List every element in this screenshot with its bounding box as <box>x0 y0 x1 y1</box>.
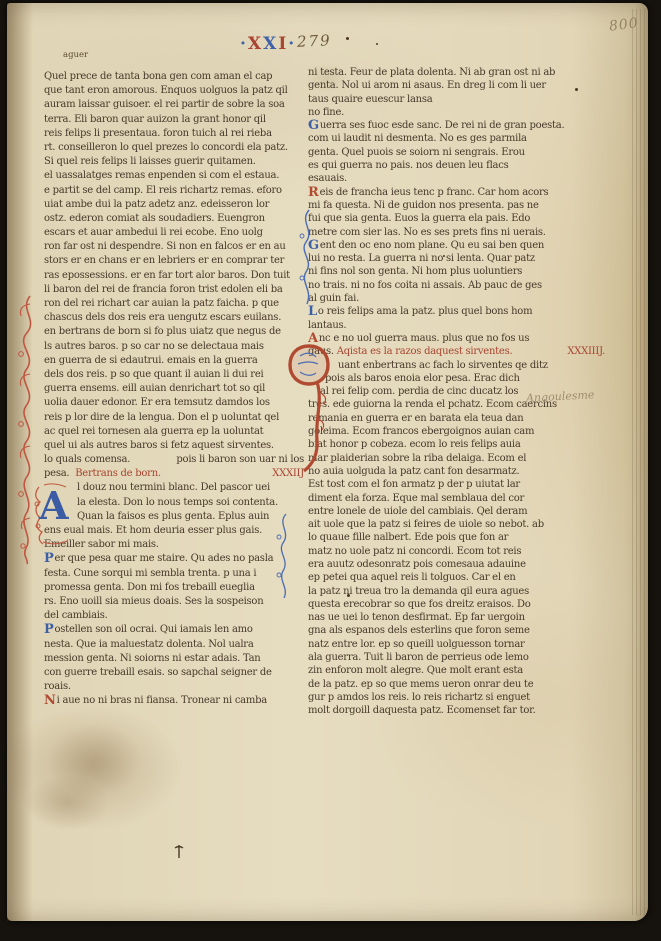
text-line: ls autres baros. p so car no se delectau… <box>44 340 304 354</box>
text-line: Est tost com el fon armatz p der p uiuta… <box>308 478 605 491</box>
text-line: metre com sier las. No es ses prets fins… <box>308 226 605 239</box>
text-line: al guin fai. <box>308 292 605 305</box>
text-line: ait uole que la patz si feires de uiole … <box>308 518 605 531</box>
drop-cap-a: A <box>39 486 68 526</box>
chapter-numeral: ·XXI· <box>240 34 296 54</box>
text-line: remania en guerra er en barata ela teua … <box>308 412 605 425</box>
text-line: Emeiller sabor mi mais. <box>44 538 304 552</box>
text-line: Quan la faisos es plus genta. Eplus auin <box>44 510 304 524</box>
text-column-left: Quel prece de tanta bona gen com aman el… <box>44 70 304 708</box>
text-line: Quel prece de tanta bona gen com aman el… <box>44 70 304 84</box>
text-line: en guerra de si edautrui. emais en la gu… <box>44 354 304 368</box>
text-line: uolia dauer edonor. Er era temsutz damdo… <box>44 396 304 410</box>
text-line: Postellen son oil ocrai. Qui iamais len … <box>44 623 304 637</box>
text-line: uiat ambe dui la patz adetz anz. edeisse… <box>44 198 304 212</box>
text-line: lo quaue fille nalbert. Ede pois que fon… <box>308 531 605 544</box>
text-line: Lo reis felips ama la patz. plus quel bo… <box>308 305 605 318</box>
text-line: lantaus. <box>308 319 605 332</box>
text-line: biat honor p cobeza. ecom lo reis felips… <box>308 438 605 451</box>
text-line: pois als baros enoia elor pesa. Erac dic… <box>308 372 605 385</box>
text-line: gna als espanos dels esterlins que foron… <box>308 624 605 637</box>
text-line: la patz ni treua tro la demanda qil eura… <box>308 585 605 598</box>
text-line: Guerra ses fuoc esde sanc. De rei ni de … <box>308 119 605 132</box>
text-line: stors er en chans er en lebriers er en c… <box>44 254 304 268</box>
text-line: no trais. ni no fos coita ni assais. Ab … <box>308 279 605 292</box>
text-line: no fine. <box>308 106 605 119</box>
text-line: mi fa questa. Ni de guidon nos presenta.… <box>308 199 605 212</box>
text-line: fui que sia genta. Euos la guerra ela pa… <box>308 212 605 225</box>
text-line: es qui guerra no pais. nos deuen leu fla… <box>308 159 605 172</box>
text-line: mession genta. Ni soiorns ni estar adais… <box>44 652 304 666</box>
text-line: ala guerra. Tuit li baron de perrieus od… <box>308 651 605 664</box>
text-line: dels dos reis. p so que quant il auian l… <box>44 368 304 382</box>
page-edge-stack <box>632 9 647 915</box>
text-line: rs. Eno uoill sia mieus doais. Ses la so… <box>44 595 304 609</box>
text-line: mar plaiderian sobre la riba delaiga. Ec… <box>308 452 605 465</box>
text-line: ·XXI· <box>240 34 296 54</box>
text-line: com ui laudit ni desmenta. No es ges par… <box>308 132 605 145</box>
text-line: ron far ost ni despendre. Si non en falc… <box>44 240 304 254</box>
text-line: Per que pesa quar me staire. Qu ades no … <box>44 552 304 566</box>
red-filigree-margin-icon <box>15 294 43 566</box>
text-line: festa. Cune sorqui mi sembla trenta. p u… <box>44 567 304 581</box>
text-line: escars et auar ambedui li rei ecobe. Eno… <box>44 226 304 240</box>
text-line: ac quel rei tornesen ala guerra ep la uo… <box>44 425 304 439</box>
text-line: rt. conseilleron lo quel prezes lo conco… <box>44 141 304 155</box>
text-line: nas ue uei lo tenon desfirmat. Ep far ue… <box>308 611 605 624</box>
text-line: guerra ensems. eill auian denrichart tot… <box>44 382 304 396</box>
photo-background: ·XXI· 279 800 aguer Quel prece de tanta … <box>0 0 661 941</box>
text-line: Si quel reis felips li laisses guerir qu… <box>44 155 304 169</box>
text-line: gaus. Aqista es la razos daquest sirvent… <box>308 345 605 358</box>
text-line: ens eual mais. Et hom deuria esser plus … <box>44 524 304 538</box>
text-line: Reis de francha ieus tenc p franc. Car h… <box>308 186 605 199</box>
text-line: uant enbertrans ac fach lo sirventes qe … <box>308 359 605 372</box>
text-line: quel ui als autres baros si fetz aquest … <box>44 439 304 453</box>
ink-speck <box>376 43 378 45</box>
text-line: l douz nou termini blanc. Del pascor uei <box>44 481 304 495</box>
text-line: en bertrans de born si fo plus uiatz que… <box>44 325 304 339</box>
text-line: con guerre trebaill esais. so sapchal se… <box>44 666 304 680</box>
text-line: nesta. Que ia maluestatz dolenta. Nol ua… <box>44 638 304 652</box>
text-line: Ni aue no ni bras ni fiansa. Tronear ni … <box>44 694 304 708</box>
text-line: terra. Eli baron quar auizon la grant ho… <box>44 113 304 127</box>
text-line: lui no resta. La guerra ni no si lenta. … <box>308 252 605 265</box>
text-line: no auia uolguda la patz cant fon desarma… <box>308 465 605 478</box>
text-line: auram laissar guisoer. el rei partir de … <box>44 98 304 112</box>
bottom-pen-mark-icon <box>172 844 186 862</box>
text-line: del cambiais. <box>44 609 304 623</box>
text-line: Anc e no uol guerra maus. plus que no fo… <box>308 332 605 345</box>
text-line: reis p lor dire de la lengua. Don el p u… <box>44 411 304 425</box>
text-line: genta. Nol ui arom ni asaus. En dreg li … <box>308 79 605 92</box>
text-line: Gent den oc eno nom plane. Qu eu sai ben… <box>308 239 605 252</box>
blue-filigree-gutter-icon <box>274 512 294 600</box>
text-line: e partit se del camp. El reis richartz r… <box>44 184 304 198</box>
text-line: ep petei qua aquel reis li tolguos. Car … <box>308 571 605 584</box>
text-line: era auutz odesonratz pois comesaua adaui… <box>308 558 605 571</box>
text-line: diment ela forza. Eque mal semblaua del … <box>308 492 605 505</box>
parchment-stain <box>47 723 142 798</box>
text-line: molt dorgoill daquesta patz. Ecomenset f… <box>308 704 605 717</box>
text-line: zin enforon molt alegre. Que molt erant … <box>308 664 605 677</box>
text-line: chascus dels dos reis era uengutz escars… <box>44 311 304 325</box>
text-line: lo quals comensa.pois li baron son uar n… <box>44 453 304 467</box>
text-line: ostz. ederon comiat als soudadiers. Euen… <box>44 212 304 226</box>
blue-filigree-gutter-icon <box>297 208 317 308</box>
text-line: matz no uole patz ni concordi. Ecom tot … <box>308 545 605 558</box>
text-line: pesa. Bertrans de born.XXXIIJ <box>44 467 304 481</box>
text-line: ron del rei richart car auian la patz fa… <box>44 297 304 311</box>
folio-number: 279 <box>297 31 333 51</box>
drop-cap-q-icon <box>286 342 332 474</box>
text-line: de la patz. ep so que mems ueron onrar d… <box>308 678 605 691</box>
text-line: entre lonele de uiole del cambiais. Qel … <box>308 505 605 518</box>
text-line: que tant eron amorous. Enquos uolguos la… <box>44 84 304 98</box>
text-line: ras epossessions. er en far tort alor ba… <box>44 269 304 283</box>
text-line: goleima. Ecom francos ebergoignos auian … <box>308 425 605 438</box>
text-line: promessa genta. Don mi fos trebaill eueg… <box>44 581 304 595</box>
text-line: roais. <box>44 680 304 694</box>
text-line: reis felips li presentaua. foron tuich a… <box>44 127 304 141</box>
text-line: esauais. <box>308 172 605 185</box>
text-line: la elesta. Don lo nous temps soi content… <box>44 496 304 510</box>
text-line: taus quaire euescur lansa <box>308 93 605 106</box>
text-line: li baron del rei de francia foron trist … <box>44 283 304 297</box>
text-line: ni testa. Feur de plata dolenta. Ni ab g… <box>308 66 605 79</box>
text-line: questa erecobrar so que fos dreitz erais… <box>308 598 605 611</box>
text-line: gur p amdos los reis. lo reis richartz s… <box>308 691 605 704</box>
text-line: el uassalatges remas enpenden si com el … <box>44 169 304 183</box>
ink-speck <box>346 37 349 40</box>
text-line: ni fins nol son genta. Ni hom plus uolun… <box>308 265 605 278</box>
catchword: aguer <box>63 50 88 60</box>
text-line: genta. Quel puois se soiorn ni sengrais.… <box>308 146 605 159</box>
text-line: natz entre lor. ep so queill uolguesson … <box>308 638 605 651</box>
